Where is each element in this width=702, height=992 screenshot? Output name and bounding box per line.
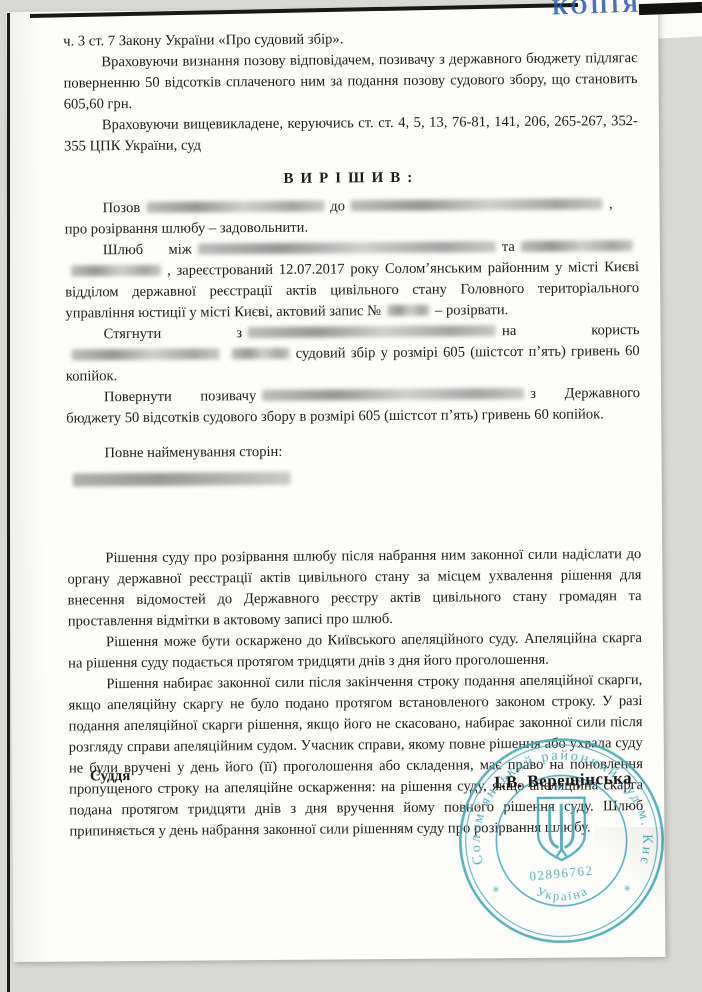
- paragraph-send-to-registry: Рішення суду про розірвання шлюбу після …: [67, 544, 642, 633]
- paragraph-fee-refund: Враховуючи визнання позову відповідачем,…: [63, 48, 637, 116]
- refund-text: Повернути позивачу: [104, 388, 256, 405]
- seal-star-left: ✳: [492, 885, 500, 896]
- marriage-text: Шлюб між: [103, 242, 192, 259]
- paragraph-refund-claimant: Повернути позивачуз Державного бюджету 5…: [66, 383, 640, 430]
- paragraph-claim: Позовдо, про розірвання шлюбу – задоволь…: [64, 194, 638, 241]
- paragraph-collect-fee: Стягнути зна користьсудовий збір у розмі…: [65, 320, 639, 388]
- marriage-text: – розірвати.: [435, 302, 508, 319]
- redacted-text: [232, 348, 290, 359]
- scan-edge-left: [7, 13, 10, 992]
- trident-shield-icon: [538, 798, 585, 861]
- collect-text: на користь: [502, 322, 640, 339]
- redacted-text: [198, 241, 496, 254]
- claim-text: Позов: [102, 200, 140, 216]
- seal-code: 02896762: [529, 863, 594, 884]
- redacted-text: [351, 198, 603, 211]
- redacted-parties-names: [73, 472, 291, 487]
- decided-heading: ВИРІШИВ:: [64, 166, 638, 192]
- redacted-text: [146, 201, 324, 213]
- redacted-text: [71, 265, 161, 277]
- copy-stamp-label: КОПІЯ: [552, 0, 642, 21]
- judge-label: Суддя: [90, 768, 130, 785]
- court-seal-graphic: Солом’янський районний суд м. Києва Укра…: [454, 733, 670, 949]
- redacted-text: [248, 325, 496, 338]
- paragraph-marriage: Шлюб міжта, зареєстрований 12.07.2017 ро…: [65, 236, 640, 325]
- document-text: ч. 3 ст. 7 Закону України «Про судовий з…: [63, 27, 643, 842]
- paragraph-guided-by: Враховуючи вищевикладене, керуючись ст. …: [64, 111, 638, 158]
- scan-black-bar: [639, 2, 702, 15]
- redacted-text: [387, 305, 429, 316]
- parties-names-label: Повне найменування сторін:: [66, 439, 640, 465]
- marriage-text: та: [502, 239, 515, 255]
- court-seal: Солом’янський районний суд м. Києва Укра…: [454, 733, 670, 949]
- seal-star-right: ✳: [623, 884, 631, 895]
- paragraph-appeal: Рішення може бути оскаржено до Київськог…: [68, 628, 642, 675]
- scanned-page-background: ч. 3 ст. 7 Закону України «Про судовий з…: [0, 0, 702, 992]
- redacted-text: [521, 240, 633, 252]
- redacted-text: [72, 348, 220, 360]
- seal-country-label: Україна: [534, 884, 590, 904]
- document-page: ч. 3 ст. 7 Закону України «Про судовий з…: [6, 7, 665, 962]
- seal-ring-label: Солом’янський районний суд м. Києва: [454, 733, 656, 869]
- collect-text: Стягнути з: [103, 325, 242, 342]
- claim-text: до: [330, 198, 345, 214]
- redacted-text: [262, 388, 524, 401]
